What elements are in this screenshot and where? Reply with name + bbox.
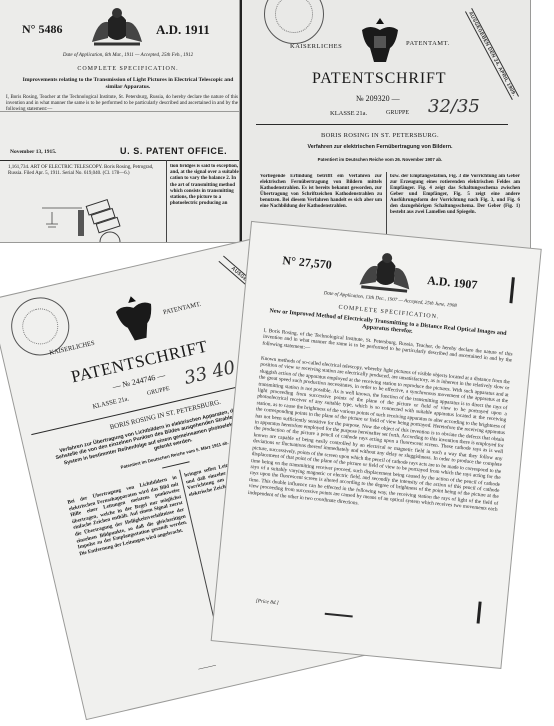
end-mark: ——— bbox=[198, 663, 217, 673]
crest-icon bbox=[88, 6, 146, 48]
patent-number: N° 27,570 bbox=[282, 253, 333, 273]
patent-gb-1907: N° 27,570 A.D. 1907 Date of Application,… bbox=[212, 222, 541, 668]
column-divider bbox=[386, 172, 387, 242]
patent-gb-1911: N° 5486 A.D. 1911 Date of Application, 6… bbox=[0, 0, 244, 112]
office-seal-stamp bbox=[264, 0, 324, 44]
spec-body: Known methods of so-called electrical te… bbox=[239, 356, 510, 615]
issue-date-stamp: AUSGEGEBEN DEN 24. APRIL 1909. bbox=[465, 8, 519, 100]
us-date: November 13, 1915. bbox=[10, 149, 56, 155]
patent-year: A.D. 1907 bbox=[426, 273, 478, 293]
handwritten-gruppe: 32/35 bbox=[428, 96, 480, 117]
office-right-label: PATENTAMT. bbox=[163, 301, 202, 317]
us-side-text: tion bridges is said to exception, and, … bbox=[170, 164, 242, 234]
us-office: U. S. PATENT OFFICE. bbox=[120, 146, 227, 156]
gruppe-label: GRUPPE bbox=[386, 110, 409, 116]
spec-heading: COMPLETE SPECIFICATION. bbox=[16, 66, 240, 72]
handwritten-gruppe: 33 40 bbox=[182, 357, 237, 389]
apparatus-diagram bbox=[36, 196, 136, 242]
klasse-label: KLASSE 21a. bbox=[92, 395, 130, 410]
patent-year: A.D. 1911 bbox=[156, 22, 210, 38]
patent-us: November 13, 1915. U. S. PATENT OFFICE. … bbox=[0, 112, 244, 242]
spec-title: Improvements relating to the Transmissio… bbox=[18, 77, 238, 91]
spec-body: I, Boris Rosing, Teacher at the Technolo… bbox=[6, 95, 238, 112]
binding-mark bbox=[509, 277, 514, 303]
application-dates: Date of Application, 6th Mar., 1911 — Ac… bbox=[16, 53, 240, 58]
body-left-column: Vorliegende Erfindung betrifft ein Verfa… bbox=[260, 174, 382, 222]
crest-icon bbox=[356, 248, 416, 295]
eagle-crest-icon bbox=[360, 16, 400, 66]
document-title: PATENTSCHRIFT bbox=[312, 70, 446, 88]
price-label: [Price 8d.] bbox=[255, 598, 279, 606]
short-rule bbox=[162, 461, 189, 468]
subtitle: Verfahren zur elektrischen Fernübertragu… bbox=[280, 144, 480, 150]
patent-number: N° 5486 bbox=[22, 22, 62, 37]
eagle-crest-icon bbox=[111, 290, 161, 346]
us-entry: 1,161,734. ART OF ELECTRIC TELESCOPY. Bo… bbox=[8, 165, 158, 177]
patent-number: № 209320 — bbox=[356, 94, 400, 103]
end-rule bbox=[325, 613, 353, 617]
office-right-label: PATENTAMT. bbox=[406, 40, 450, 47]
klasse-label: KLASSE 21a. bbox=[330, 110, 367, 117]
divider bbox=[0, 160, 244, 161]
patent-de-209320: KAISERLICHES PATENTAMT. PATENTSCHRIFT № … bbox=[240, 0, 530, 250]
column-divider bbox=[166, 160, 167, 242]
header-rule bbox=[256, 124, 508, 125]
gruppe-label: GRUPPE bbox=[147, 386, 171, 397]
inventor-line: BORIS ROSING IN ST. PETERSBURG. bbox=[280, 132, 480, 139]
patented-line: Patentiert im Deutschen Reiche vom 26. N… bbox=[280, 157, 480, 162]
office-left-label: KAISERLICHES bbox=[290, 43, 342, 50]
page-edge bbox=[240, 0, 242, 250]
